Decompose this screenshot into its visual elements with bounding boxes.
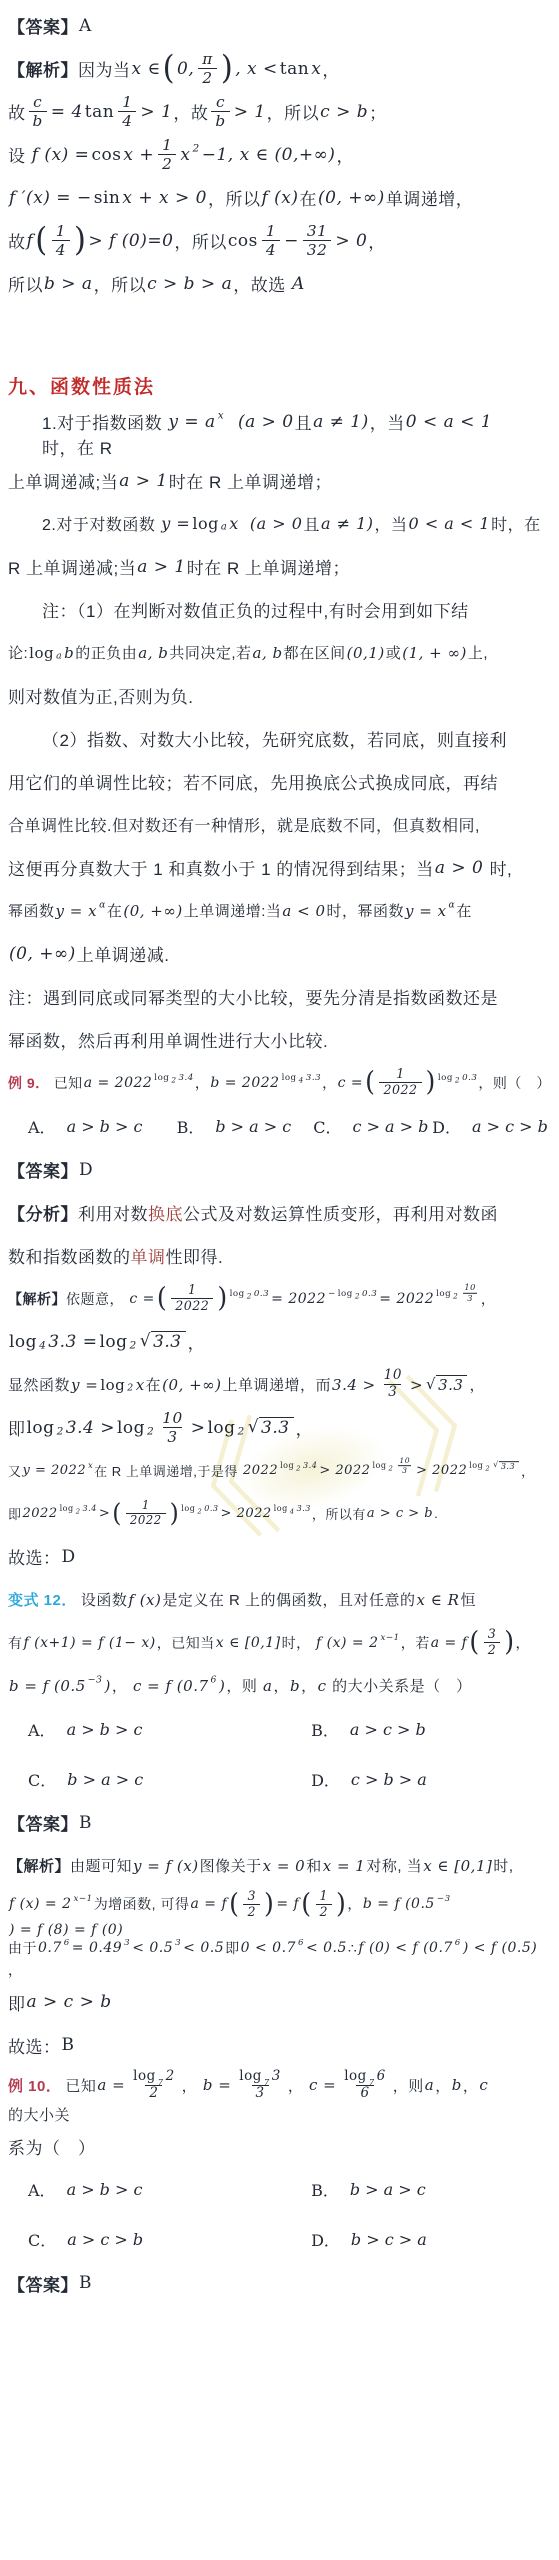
fraction-numerator: 3 — [243, 1889, 260, 1904]
math-run: 2 — [146, 1425, 155, 1437]
math-run: y = a — [167, 412, 216, 432]
math-run: x — [87, 1461, 94, 1470]
function-name: log — [132, 2069, 157, 2085]
subscript: 2 — [170, 1075, 177, 1084]
function-name: log — [206, 1418, 236, 1438]
math-run: f — [26, 231, 35, 251]
math-run: c > b — [319, 102, 369, 122]
text-run: 且 — [303, 512, 320, 535]
note-line: 幂函数，然后再利用单调性进行大小比较. — [8, 1018, 551, 1061]
math-run: 6 — [376, 2069, 387, 2085]
math-run: > — [98, 1506, 111, 1521]
subscript: a — [55, 650, 63, 661]
fraction-denominator: 2 — [243, 1904, 260, 1920]
math-run: c = — [337, 1075, 365, 1091]
text-run: ， — [296, 1415, 314, 1440]
math-run: 3.4 — [82, 1504, 98, 1513]
fraction-numerator: 10 — [380, 1368, 406, 1384]
fraction-numerator: 10 — [158, 1409, 186, 1427]
math-run: y = — [70, 1376, 99, 1394]
fraction-numerator: c — [212, 93, 229, 111]
text-run: ， — [195, 1073, 210, 1093]
subscript: 7 — [263, 2078, 271, 2088]
math-run: c = — [308, 2076, 337, 2094]
text-run: 由题可知 — [70, 1855, 132, 1876]
text-run: ， — [347, 1894, 362, 1914]
solution-line: f (x) = 2x−1为增函数, 可得a = f(32)= f(12)，b =… — [8, 1887, 551, 1938]
option-C: C．c > a > b — [313, 1104, 432, 1148]
note-line: 注：（1）在判断对数值正负的过程中,有时会用到如下结 — [8, 588, 551, 631]
math-run: 2 — [75, 1507, 82, 1515]
math-run: x−1 — [380, 1632, 401, 1642]
math-run: 2 — [56, 1425, 65, 1437]
fraction: 12022 — [126, 1499, 166, 1528]
text-run: ， — [288, 2075, 308, 2096]
option-A: A．a > b > c — [28, 1104, 177, 1148]
math-run: 2022 — [382, 1083, 418, 1098]
math-run: 6 — [454, 1938, 462, 1948]
math-run: 3.3 — [500, 1462, 516, 1471]
fraction-numerator: 1 — [118, 93, 136, 111]
subscript: 4 — [38, 1339, 47, 1351]
math-run: 3 — [466, 1294, 474, 1304]
math-run: x + x > 0 — [121, 188, 208, 208]
math-run: a > c > b — [349, 1720, 427, 1739]
fraction-denominator: 4 — [262, 240, 280, 259]
math-run: 2 — [165, 2069, 176, 2085]
superscript: log23.4 — [153, 1072, 195, 1082]
fraction: cb — [29, 93, 47, 130]
math-run: 2022 — [129, 1514, 163, 1528]
math-run: 3.3 — [305, 1072, 322, 1082]
text-run: ， — [273, 1675, 289, 1696]
solution-line: 【解析】依题意， c =(12022)log20.3= 2022−log20.3… — [8, 1277, 551, 1320]
math-run: 31 — [306, 222, 328, 240]
options-row: A．a > b > cB．b > a > cC．a > c > bD．b > c… — [8, 2168, 551, 2262]
math-run: 3 — [401, 1466, 408, 1475]
big-paren-right-icon: ) — [216, 1286, 228, 1310]
radicand: 3.3 — [499, 1461, 519, 1471]
fraction-numerator: 3 — [484, 1627, 501, 1642]
bracket-label: 【解析】 — [8, 56, 78, 81]
text-run: 故 — [8, 228, 26, 253]
text-run: 的大小关系是（ ） — [327, 1675, 471, 1696]
math-run: 3.3 — [152, 1332, 183, 1352]
fraction: 103 — [380, 1368, 406, 1401]
function-name: log — [59, 1504, 75, 1513]
math-run: 4 — [289, 1507, 296, 1515]
superscript: x — [87, 1461, 94, 1470]
text-run: 且 — [295, 409, 313, 434]
text-run: ， — [469, 1374, 485, 1395]
math-run: c = — [128, 1291, 156, 1307]
math-run: 0.3 — [253, 1288, 270, 1298]
text-run: 共同决定,若 — [169, 642, 251, 663]
solution-line: 【解析】因为当x ∈(0,π2), x <tanx， — [8, 47, 551, 90]
math-run: b = 2022 — [209, 1075, 280, 1091]
math-run: 6 — [210, 1674, 218, 1685]
math-run: b — [63, 644, 75, 662]
text-run: 则对数值为正,否则为负. — [8, 683, 193, 708]
math-run: a, b — [137, 644, 169, 662]
option-B: B．a > c > b — [311, 1707, 551, 1751]
math-run: a > c > b — [471, 1117, 549, 1136]
math-run: 3 — [123, 1938, 131, 1948]
superscript: 6 — [297, 1938, 305, 1948]
math-run: x ∈ [0,1] — [422, 1857, 493, 1875]
function-name: D — [61, 1547, 77, 1567]
math-run: 2 — [196, 1507, 203, 1515]
text-run: ， — [188, 1329, 206, 1354]
option-label: D． — [311, 1768, 340, 1791]
option-label: B． — [311, 1718, 339, 1741]
math-run: < 0.5 — [182, 1940, 225, 1956]
analysis-line: 【分析】利用对数换底公式及对数运算性质变形，再利用对数函 — [8, 1191, 551, 1234]
superscript: log23.4 — [59, 1504, 98, 1513]
superscript: 3 — [123, 1938, 131, 1948]
math-run: a, b — [252, 644, 284, 662]
text-run: 即 — [8, 1415, 26, 1440]
math-run: f (x) = 2 — [315, 1635, 380, 1651]
fraction-denominator: 2 — [158, 154, 176, 173]
subscript: 2 — [354, 1291, 361, 1300]
math-run: 4 — [55, 241, 67, 259]
subscript: 7 — [157, 2078, 165, 2088]
fraction-numerator: 1 — [392, 1067, 409, 1082]
solution-line: log43.3 =log2√3.3， — [8, 1320, 551, 1363]
math-run: 10 — [383, 1368, 403, 1384]
math-run: 7 — [157, 2078, 165, 2088]
superscript: log43.3 — [273, 1504, 312, 1513]
superscript: 6 — [454, 1938, 462, 1948]
math-run: a — [220, 521, 228, 532]
text-run: 即 — [8, 1504, 22, 1523]
function-name: B — [61, 2035, 76, 2055]
text-run: 故 — [8, 99, 26, 124]
text-run: 上单调递增，而 — [223, 1374, 332, 1395]
text-run: 为增函数, 可得 — [94, 1894, 190, 1914]
fraction-numerator: log76 — [340, 2069, 390, 2085]
math-run: 10 — [463, 1283, 476, 1293]
math-run: > 1 — [139, 102, 173, 122]
math-run: 2 — [487, 1643, 498, 1658]
fraction-numerator: log72 — [129, 2069, 179, 2085]
superscript: log23.4 — [279, 1461, 318, 1470]
superscript: log20.3 — [229, 1288, 271, 1298]
example-9-stem: 例 9．已知a = 2022log23.4，b = 2022log43.3，c … — [8, 1061, 551, 1104]
answer-line-q8: 【答案】A — [8, 4, 551, 47]
subscript: 4 — [289, 1507, 296, 1515]
text-run: 显然函数 — [8, 1374, 70, 1395]
text-run: ，则（ ） — [478, 1073, 551, 1093]
text-run: ，当 — [370, 409, 405, 434]
fraction: 14 — [118, 93, 136, 130]
text-run: ， — [322, 56, 340, 81]
math-run: 2 — [126, 1382, 134, 1393]
subscript: a — [220, 521, 228, 532]
fraction-denominator: b — [211, 111, 229, 130]
example-label: 例 9． — [8, 1073, 50, 1093]
text-run: ，若 — [401, 1633, 430, 1653]
math-run: x (a > 0 — [228, 514, 303, 533]
option-label: A． — [28, 1718, 56, 1741]
math-run: 6 — [297, 1938, 305, 1948]
answer-line-v12: 【答案】B — [8, 1801, 551, 1844]
emphasis-text: 换底 — [148, 1200, 183, 1225]
text-run: ， — [516, 1633, 531, 1653]
function-name: log — [180, 1504, 196, 1513]
fraction: 103 — [158, 1409, 186, 1446]
text-run: ， — [322, 1073, 337, 1093]
text-run: 论: — [8, 642, 28, 663]
math-run: 3.3 = — [47, 1332, 98, 1352]
math-run: 1 — [141, 1499, 151, 1513]
text-run: 单调递增， — [386, 185, 474, 210]
text-run: 在 — [300, 185, 318, 210]
math-run: 10 — [398, 1456, 411, 1465]
math-run: c > b > a — [146, 274, 233, 294]
text-run: 幂函数 — [8, 900, 55, 921]
math-run: 1 — [265, 222, 277, 240]
math-run: 4 — [38, 1339, 47, 1351]
math-run: > 2022 — [415, 1463, 468, 1478]
math-run: 0 < a < 1 — [405, 412, 493, 432]
math-run: 2 — [354, 1291, 361, 1300]
superscript: log2103 — [371, 1456, 415, 1475]
math-run: a — [55, 650, 63, 661]
math-run: 6 — [359, 2086, 370, 2102]
superscript: x−1 — [380, 1632, 401, 1642]
text-run: 时在 R 上单调递增； — [187, 554, 350, 579]
text-run: 时，在 R — [42, 434, 113, 459]
fraction-denominator: 3 — [463, 1293, 477, 1304]
text-run: 的正负由 — [75, 642, 137, 663]
math-run: 2 — [161, 155, 173, 173]
note-line: 用它们的单调性比较；若不同底，先用换底公式换成同底，再结 — [8, 760, 551, 803]
text-run: 时, — [493, 1855, 513, 1876]
math-run: a > b > c — [66, 1720, 144, 1739]
fraction-denominator: 32 — [303, 240, 331, 259]
function-name: log — [273, 1504, 289, 1513]
text-run: 在 — [146, 1374, 162, 1395]
note-line: 论:logab的正负由a, b共同决定,若a, b都在区间(0,1)或(1, +… — [8, 631, 551, 674]
math-run: 2022 — [242, 1463, 279, 1478]
big-paren-right-icon: ) — [263, 1892, 275, 1916]
function-name: log — [98, 1332, 128, 1352]
math-run: f (x) = — [31, 145, 91, 165]
math-run: a > 1 — [118, 471, 169, 491]
note-line: 合单调性比较.但对数还有一种情形，就是底数不同，但真数相同, — [8, 803, 551, 846]
superscript: log2103 — [435, 1283, 481, 1303]
text-run: ，已知当 — [157, 1633, 215, 1653]
text-run: ，则 — [226, 1675, 262, 1696]
fraction: 14 — [262, 222, 280, 259]
subscript: 2 — [196, 1507, 203, 1515]
math-run: f (x) — [260, 188, 299, 208]
math-run: = 2022 — [270, 1291, 327, 1307]
solution-line: 由于0.76= 0.493< 0.53< 0.5即0 < 0.76< 0.5∴f… — [8, 1938, 551, 1981]
text-run: 上, — [468, 642, 488, 663]
vertical-gap — [8, 305, 551, 361]
function-name: log — [437, 1072, 454, 1082]
math-run: = 0.49 — [71, 1940, 123, 1956]
math-run: 2 — [192, 142, 201, 154]
superscript: x−1 — [73, 1894, 94, 1904]
text-run: 时在 R 上单调递增； — [169, 468, 332, 493]
math-run: −3 — [87, 1674, 104, 1685]
text-run: 时, — [484, 855, 512, 880]
math-run: 3 — [246, 1889, 257, 1904]
fraction: 14 — [52, 222, 70, 259]
math-run: 2 — [246, 1905, 257, 1920]
text-run: 是定义在 R 上的偶函数，且对任意的 — [162, 1589, 415, 1610]
math-run: c > b > a — [350, 1770, 428, 1789]
subscript: 2 — [75, 1507, 82, 1515]
text-run: ， — [301, 1675, 317, 1696]
math-run: x ∈ — [131, 59, 162, 79]
math-run: 2 — [148, 2086, 159, 2102]
math-run: > — [409, 1376, 424, 1394]
solution-line: 即log23.4 >log2103>log2√3.3， — [8, 1406, 551, 1449]
math-run: b = f (0.5 — [8, 1677, 87, 1695]
math-run: 3 — [255, 2086, 266, 2102]
fraction: cb — [211, 93, 229, 130]
fraction-denominator: 2022 — [171, 1298, 213, 1314]
text-run: ， — [368, 228, 386, 253]
text-run: ，故 — [173, 99, 208, 124]
math-run: x — [135, 1376, 146, 1394]
math-run: x — [217, 409, 225, 421]
math-run: 1 — [161, 136, 173, 154]
math-run: a > c > b — [26, 1992, 113, 2012]
math-run: b = f (0.5 — [362, 1896, 436, 1912]
square-root: √3.3 — [248, 1417, 294, 1438]
math-run: b > a > c — [66, 1770, 144, 1789]
note-line: 注：遇到同底或同幂类型的大小比较，要先分清是指数函数还是 — [8, 975, 551, 1018]
option-label: D． — [311, 2228, 340, 2251]
math-run: 2 — [129, 1339, 138, 1351]
math-run: c — [317, 1677, 328, 1695]
big-paren-left-icon: ( — [300, 1892, 312, 1916]
fraction-numerator: 1 — [316, 1889, 333, 1904]
math-run: 3.3 — [260, 1418, 291, 1438]
big-paren-left-icon: ( — [156, 1286, 168, 1310]
radical-icon: √ — [426, 1375, 436, 1394]
fraction: π2 — [198, 50, 217, 87]
text-run: 注：（1）在判断对数值正负的过程中,有时会用到如下结 — [42, 597, 469, 622]
radicand: 3.3 — [436, 1375, 467, 1394]
text-run: 因为当 — [78, 56, 131, 81]
function-name: sin — [93, 188, 122, 208]
bracket-label: 【分析】 — [8, 1200, 78, 1225]
big-paren-left-icon: ( — [364, 1070, 376, 1094]
text-run: 性即得. — [166, 1243, 224, 1268]
math-run: 2 — [246, 1291, 253, 1300]
math-run: (0, +∞) — [122, 902, 183, 920]
fraction-denominator: 3 — [163, 1427, 181, 1446]
text-run: ，当 — [375, 512, 408, 535]
math-run: (0,1) — [346, 644, 386, 662]
text-run: ， — [8, 1960, 23, 1980]
fraction-numerator: 1 — [262, 222, 280, 240]
big-paren-right-icon: ) — [169, 1502, 181, 1525]
math-run: c — [32, 93, 43, 111]
function-name: tan — [84, 102, 115, 122]
math-run: = 4 — [50, 102, 84, 122]
text-run: ，故选 — [233, 271, 291, 296]
option-B: B．b > a > c — [177, 1104, 314, 1148]
text-run: 1.对于指数函数 — [42, 409, 167, 434]
square-root: √3.3 — [140, 1331, 186, 1352]
fraction: 32 — [484, 1627, 501, 1658]
function-name: log — [279, 1461, 295, 1470]
theory-line: 2.对于对数函数 y =logax (a > 0且a ≠ 1)，当0 < a <… — [8, 502, 551, 545]
text-run: ，则 — [393, 2075, 424, 2096]
math-run: f (x) — [127, 1591, 162, 1609]
superscript: −3 — [87, 1674, 104, 1685]
subscript: 2 — [237, 1425, 246, 1437]
text-run: 时，在 — [491, 512, 541, 535]
subscript: 2 — [146, 1425, 155, 1437]
option-label: B． — [177, 1115, 205, 1138]
math-run: − — [327, 1288, 337, 1298]
radicand: 3.3 — [259, 1417, 294, 1438]
math-run: 0.3 — [461, 1072, 478, 1082]
option-label: D． — [432, 1115, 461, 1138]
math-run: b > a > c — [214, 1117, 292, 1136]
math-run: > f (0)=0 — [87, 231, 174, 251]
math-run: 2 — [201, 69, 213, 87]
math-run: f (x) = 2 — [8, 1896, 73, 1912]
fraction: 12022 — [379, 1067, 421, 1098]
math-run: ) = f (8) = f (0) — [8, 1922, 124, 1938]
choice-line-q9: 故选：D — [8, 1535, 551, 1578]
fraction-numerator: c — [29, 93, 46, 111]
math-run: (0, +∞) — [317, 188, 386, 208]
function-name: log — [435, 1288, 452, 1298]
math-run: y = x — [404, 902, 448, 920]
text-run: ，所以 — [208, 185, 261, 210]
math-run: b — [289, 1677, 301, 1695]
fraction-numerator: 1 — [158, 136, 176, 154]
superscript: log2√3.3 — [468, 1461, 521, 1471]
math-run: (0, +∞) — [8, 944, 77, 964]
bracket-label: 【解析】 — [8, 1855, 70, 1876]
big-paren-left-icon: ( — [34, 226, 48, 256]
fraction: 32 — [243, 1889, 260, 1920]
math-run: 0.3 — [361, 1288, 378, 1298]
math-run: y = — [160, 514, 191, 533]
math-run: x = 1 — [322, 1857, 367, 1875]
math-run: < 0.5 — [131, 1940, 174, 1956]
function-name: log — [229, 1288, 246, 1298]
math-run: 1 — [187, 1283, 198, 1298]
fraction-denominator: 4 — [118, 111, 136, 130]
text-run: 在 — [107, 900, 123, 921]
text-run: 注：遇到同底或同幂类型的大小比较，要先分清是指数函数还是 — [8, 984, 498, 1009]
answer-line-q10: 【答案】B — [8, 2262, 551, 2305]
math-run: ) — [218, 1677, 226, 1695]
math-run: c = f (0.7 — [132, 1677, 210, 1695]
math-run: x + — [122, 145, 155, 165]
option-D: D．a > c > b — [432, 1104, 551, 1148]
math-run: c — [215, 93, 226, 111]
text-run: R 上单调递减;当 — [8, 554, 136, 579]
function-name: A — [78, 16, 93, 36]
math-run: 3 — [487, 1627, 498, 1642]
math-run: x — [179, 145, 191, 165]
text-run: ∴ — [348, 1940, 357, 1957]
